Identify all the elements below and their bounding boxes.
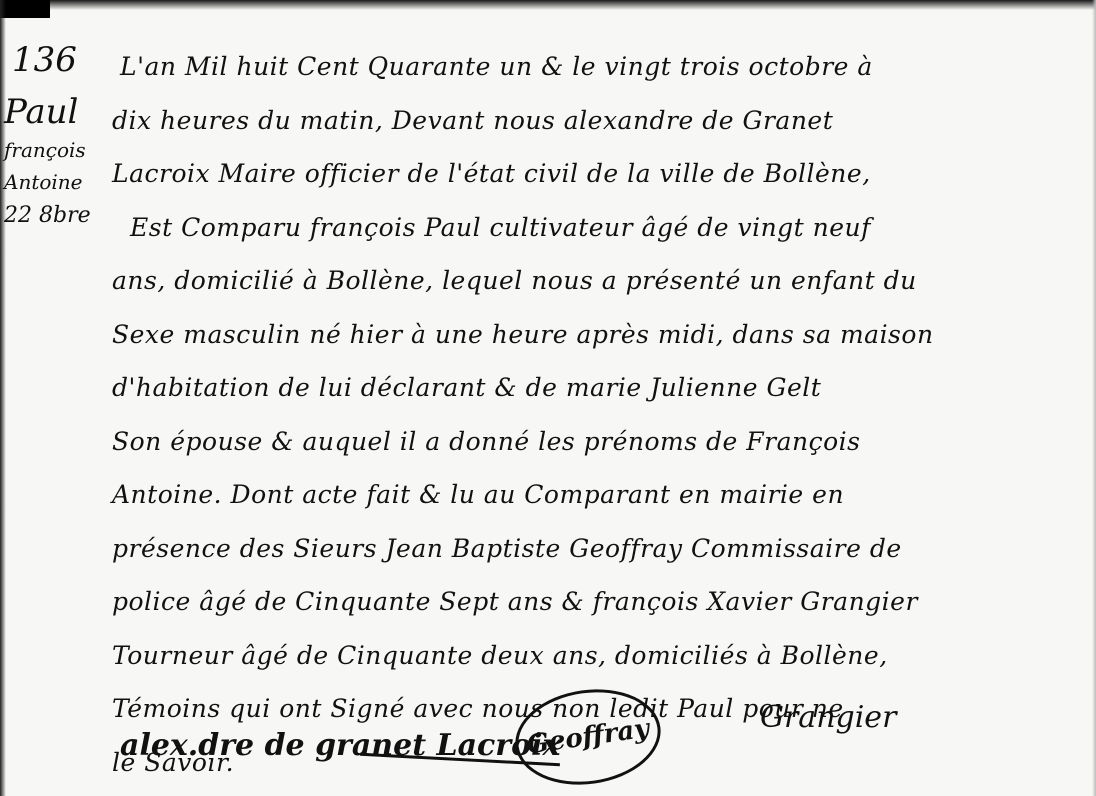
record-line-8: Son épouse & auquel il a donné les préno… (112, 415, 1072, 469)
scan-top-edge (0, 0, 1096, 10)
margin-annotation: 136 Paul françois Antoine 22 8bre (4, 40, 114, 234)
margin-surname: Paul (4, 90, 114, 134)
record-line-4: Est Comparu françois Paul cultivateur âg… (112, 201, 1072, 255)
record-line-10: présence des Sieurs Jean Baptiste Geoffr… (112, 522, 1072, 576)
scan-right-edge (1092, 0, 1096, 796)
record-line-11: police âgé de Cinquante Sept ans & franç… (112, 575, 1072, 629)
witness-signature-1: Geoffray (509, 680, 667, 793)
record-line-12: Tourneur âgé de Cinquante deux ans, domi… (112, 629, 1072, 683)
mayor-signature-text: alex.dre de granet Lacroix (120, 728, 560, 763)
witness-signature-1-text: Geoffray (525, 714, 651, 761)
record-line-6: Sexe masculin né hier à une heure après … (112, 308, 1072, 362)
margin-given-name-1: françois (4, 134, 114, 166)
record-body: L'an Mil huit Cent Quarante un & le ving… (112, 40, 1072, 789)
margin-given-name-2: Antoine (4, 166, 114, 198)
record-line-3: Lacroix Maire officier de l'état civil d… (112, 147, 1072, 201)
record-line-7: d'habitation de lui déclarant & de marie… (112, 361, 1072, 415)
record-line-9: Antoine. Dont acte fait & lu au Comparan… (112, 468, 1072, 522)
record-line-2: dix heures du matin, Devant nous alexand… (112, 94, 1072, 148)
signature-block: alex.dre de granet Lacroix Geoffray Gran… (120, 680, 1020, 790)
record-line-5: ans, domicilié à Bollène, lequel nous a … (112, 254, 1072, 308)
witness-signature-2: Grangier (760, 700, 896, 735)
scanned-register-page: 136 Paul françois Antoine 22 8bre L'an M… (0, 0, 1096, 796)
mayor-signature: alex.dre de granet Lacroix (120, 728, 560, 763)
scan-corner-shadow (0, 0, 50, 18)
record-line-1: L'an Mil huit Cent Quarante un & le ving… (112, 40, 1072, 94)
entry-number: 136 (12, 40, 114, 80)
margin-date: 22 8bre (4, 198, 114, 234)
